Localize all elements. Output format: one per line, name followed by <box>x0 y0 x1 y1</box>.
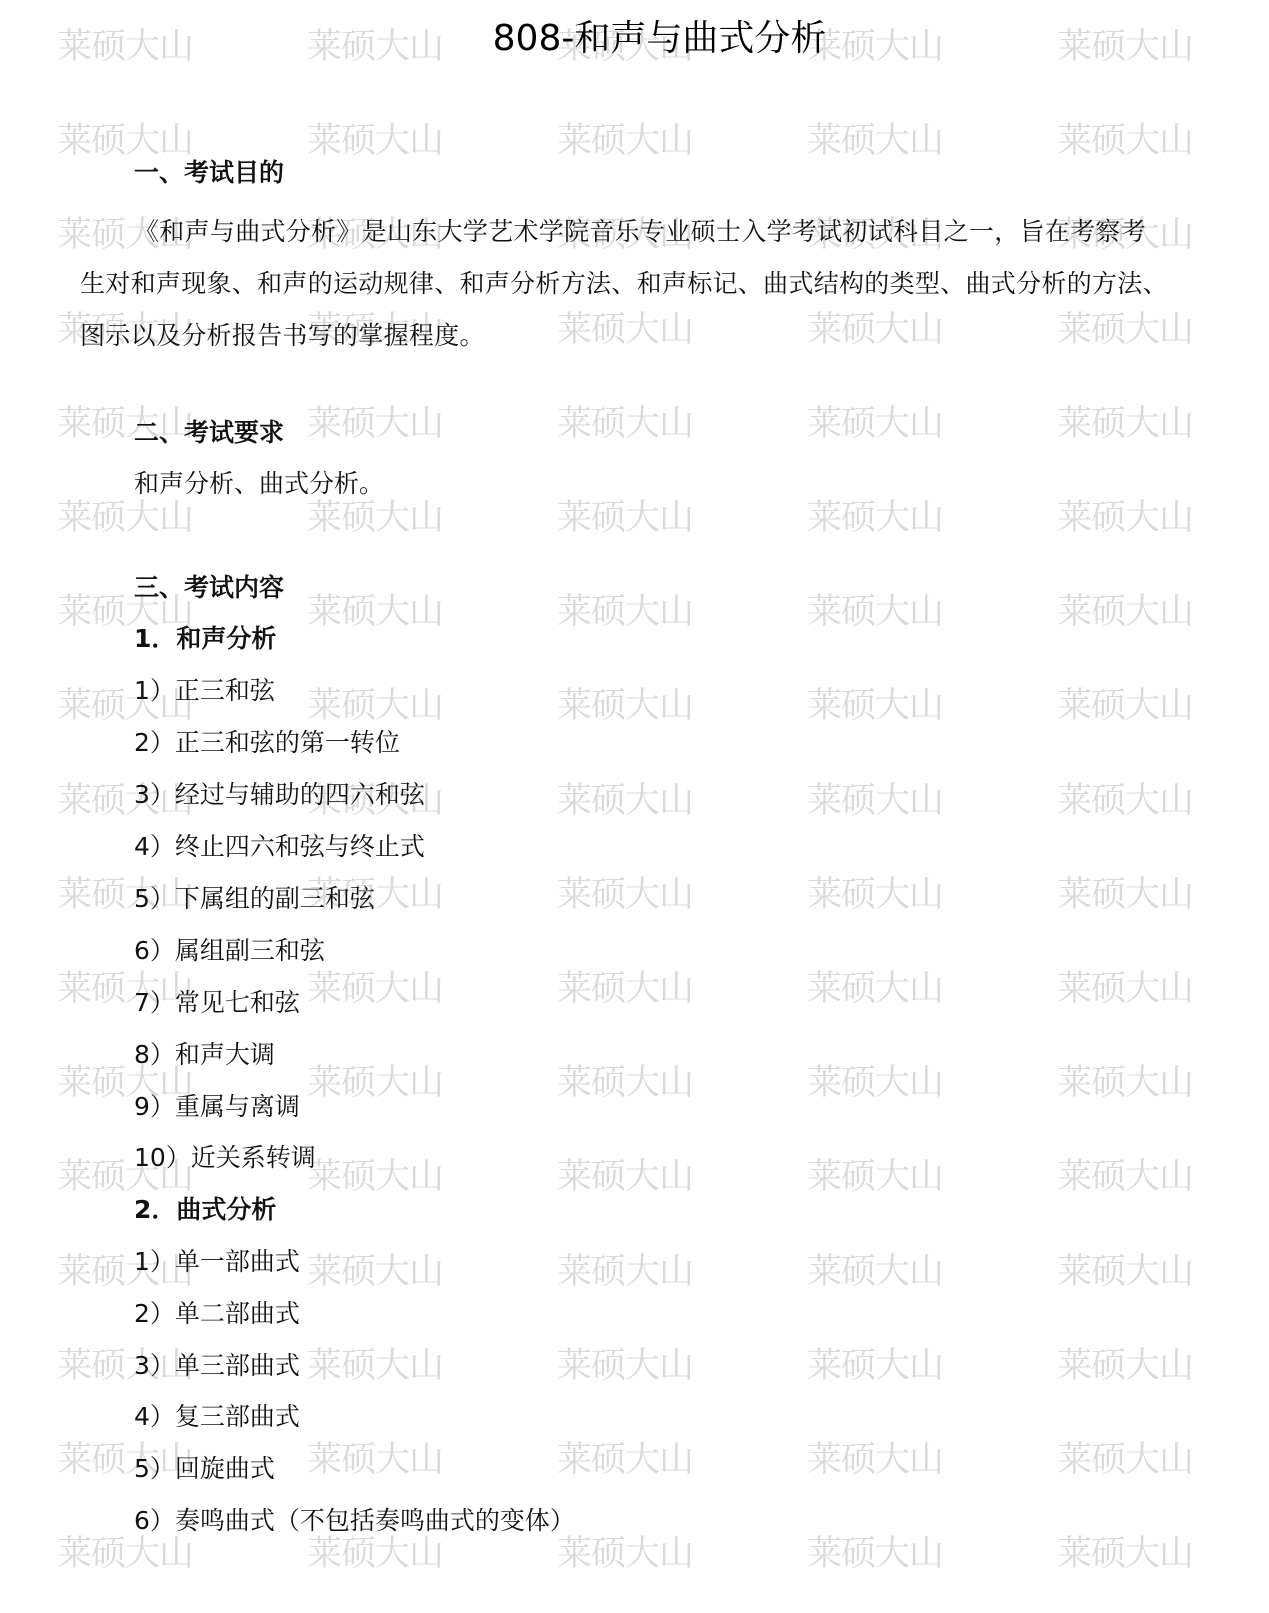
section-heading-content: 三、考试内容 <box>134 572 284 604</box>
list-item: 10）近关系转调 <box>134 1142 316 1174</box>
list-item: 3）经过与辅助的四六和弦 <box>134 779 425 811</box>
subsection-heading-form: 2．曲式分析 <box>134 1194 276 1226</box>
list-item: 6）奏鸣曲式（不包括奏鸣曲式的变体） <box>134 1505 575 1537</box>
subsection-heading-harmony: 1．和声分析 <box>134 623 276 655</box>
document-title: 808-和声与曲式分析 <box>0 16 1269 62</box>
section-heading-purpose: 一、考试目的 <box>134 157 284 189</box>
list-item: 4）复三部曲式 <box>134 1401 300 1433</box>
list-item: 9）重属与离调 <box>134 1091 300 1123</box>
section-body-purpose: 《和声与曲式分析》是山东大学艺术学院音乐专业硕士入学考试初试科目之一，旨在考察考… <box>80 206 1170 362</box>
list-item: 1）正三和弦 <box>134 675 275 707</box>
section-body-requirements: 和声分析、曲式分析。 <box>134 468 384 500</box>
list-item: 4）终止四六和弦与终止式 <box>134 831 425 863</box>
document-page: 808-和声与曲式分析 一、考试目的 《和声与曲式分析》是山东大学艺术学院音乐专… <box>0 0 1269 1613</box>
list-item: 5）下属组的副三和弦 <box>134 883 375 915</box>
list-item: 1）单一部曲式 <box>134 1246 300 1278</box>
list-item: 6）属组副三和弦 <box>134 935 325 967</box>
list-item: 3）单三部曲式 <box>134 1350 300 1382</box>
list-item: 5）回旋曲式 <box>134 1453 275 1485</box>
list-item: 2）正三和弦的第一转位 <box>134 727 400 759</box>
list-item: 7）常见七和弦 <box>134 987 300 1019</box>
list-item: 2）单二部曲式 <box>134 1298 300 1330</box>
section-heading-requirements: 二、考试要求 <box>134 417 284 449</box>
list-item: 8）和声大调 <box>134 1039 275 1071</box>
